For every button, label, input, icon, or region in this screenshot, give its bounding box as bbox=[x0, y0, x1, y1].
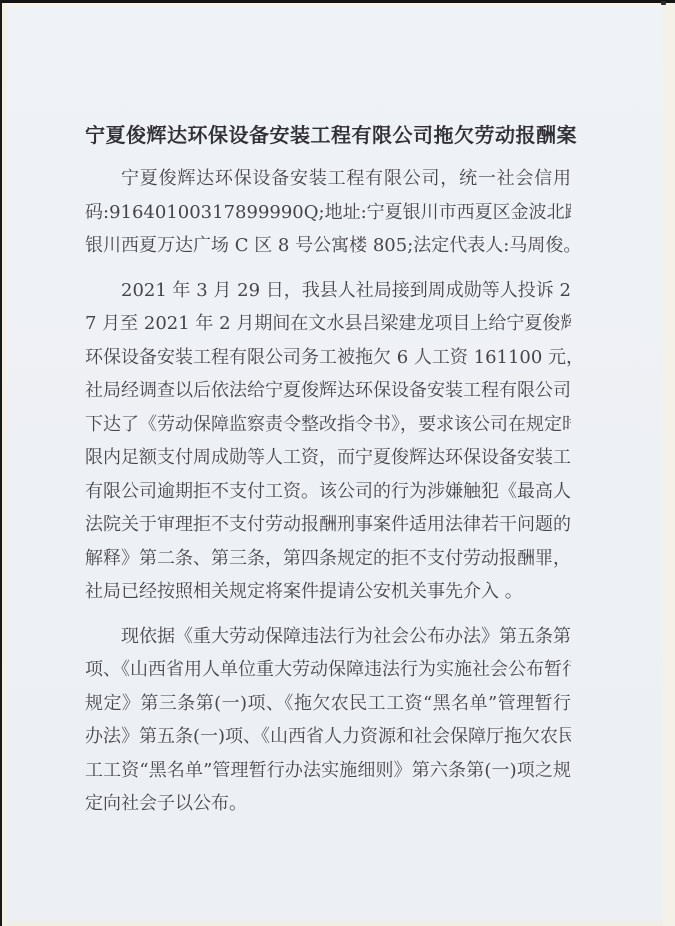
document-line: 有限公司逾期拒不支付工资。该公司的行为涉嫌触犯《最高人民 bbox=[85, 475, 571, 509]
document-line: 2021 年 3 月 29 日，我县人社局接到周成勋等人投诉 2020 年 bbox=[85, 274, 571, 308]
document-line: 限内足额支付周成勋等人工资，而宁夏俊辉达环保设备安装工程 bbox=[85, 441, 571, 475]
document-line: 办法》第五条(一)项、《山西省人力资源和社会保障厅拖欠农民 bbox=[85, 720, 571, 754]
paragraph: 2021 年 3 月 29 日，我县人社局接到周成勋等人投诉 2020 年7 月… bbox=[85, 274, 571, 609]
document-line: 定向社会子以公布。 bbox=[85, 787, 571, 821]
scan-edge-left-cream bbox=[2, 3, 7, 926]
document-line: 银川西夏万达广场 C 区 8 号公寓楼 805;法定代表人:马周俊。 bbox=[85, 229, 571, 263]
document-content: 宁夏俊辉达环保设备安装工程有限公司拖欠劳动报酬案 宁夏俊辉达环保设备安装工程有限… bbox=[85, 122, 571, 821]
document-line: 工工资“黑名单”管理暂行办法实施细则》第六条第(一)项之规 bbox=[85, 754, 571, 788]
scan-edge-right-cream bbox=[663, 3, 675, 926]
paragraph: 现依据《重大劳动保障违法行为社会公布办法》第五条第(一)项、《山西省用人单位重大… bbox=[85, 620, 571, 821]
scan-edge-bottom-cream bbox=[7, 921, 663, 926]
document-line: 项、《山西省用人单位重大劳动保障违法行为实施社会公布暂行 bbox=[85, 653, 571, 687]
document-line: 环保设备安装工程有限公司务工被拖欠 6 人工资 161100 元，县人 bbox=[85, 341, 571, 375]
document-line: 解释》第二条、第三条，第四条规定的拒不支付劳动报酬罪，县人 bbox=[85, 542, 571, 576]
document-line: 社局已经按照相关规定将案件提请公安机关事先介入 。 bbox=[85, 575, 571, 609]
document-line: 下达了《劳动保障监察责令整改指令书》，要求该公司在规定时 bbox=[85, 408, 571, 442]
scan-edge-top-cream bbox=[0, 3, 675, 7]
document-title: 宁夏俊辉达环保设备安装工程有限公司拖欠劳动报酬案 bbox=[85, 122, 571, 148]
scan-corner-mark bbox=[661, 1, 666, 5]
document-body: 宁夏俊辉达环保设备安装工程有限公司，统一社会信用码:91640100317899… bbox=[85, 162, 571, 821]
document-line: 宁夏俊辉达环保设备安装工程有限公司，统一社会信用 bbox=[85, 162, 571, 196]
document-line: 社局经调查以后依法给宁夏俊辉达环保设备安装工程有限公司 bbox=[85, 374, 571, 408]
document-line: 码:91640100317899990Q;地址:宁夏银川市西夏区金波北路东侧 bbox=[85, 196, 571, 230]
document-line: 现依据《重大劳动保障违法行为社会公布办法》第五条第(一) bbox=[85, 620, 571, 654]
paragraph: 宁夏俊辉达环保设备安装工程有限公司，统一社会信用码:91640100317899… bbox=[85, 162, 571, 263]
scan-page: 宁夏俊辉达环保设备安装工程有限公司拖欠劳动报酬案 宁夏俊辉达环保设备安装工程有限… bbox=[0, 0, 675, 926]
document-line: 规定》第三条第(一)项、《拖欠农民工工资“黑名单”管理暂行 bbox=[85, 687, 571, 721]
document-line: 7 月至 2021 年 2 月期间在文水县吕梁建龙项目上给宁夏俊辉达 bbox=[85, 307, 571, 341]
document-line: 法院关于审理拒不支付劳动报酬刑事案件适用法律若干问题的 bbox=[85, 508, 571, 542]
